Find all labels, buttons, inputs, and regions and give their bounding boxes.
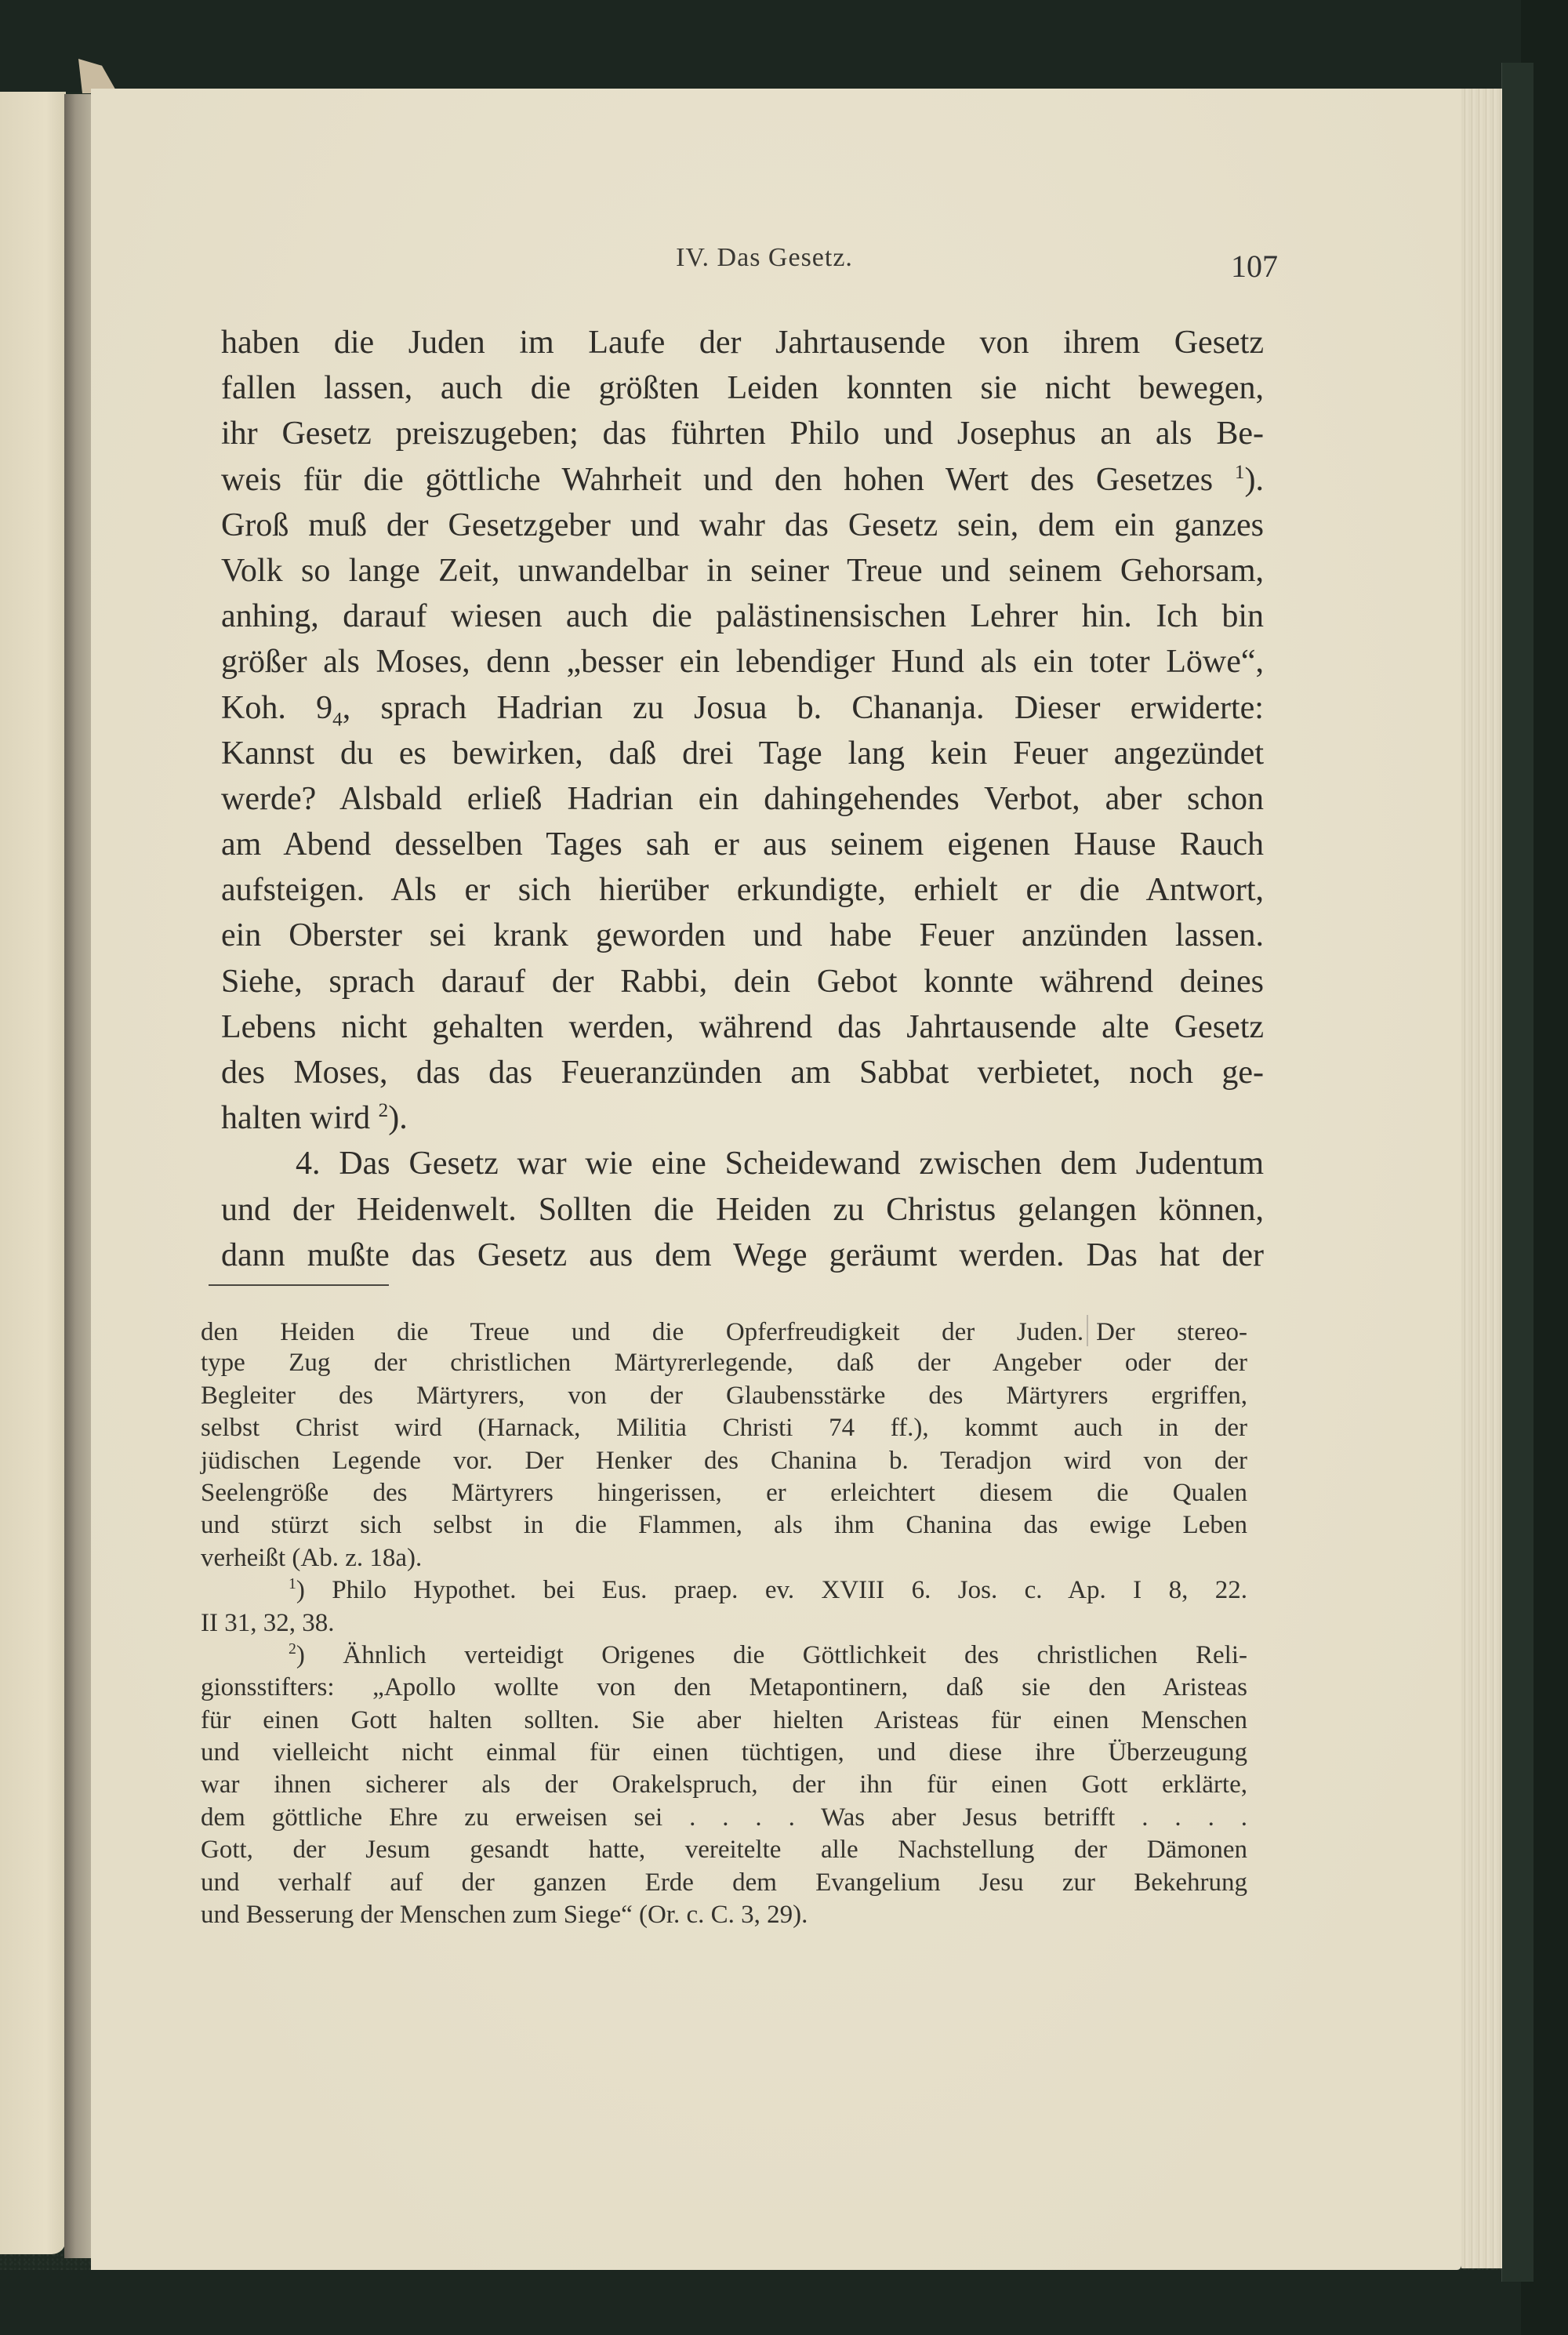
text-line: Lebens nicht gehalten werden, während da… [221, 1004, 1264, 1050]
text-line: ein Oberster sei krank geworden und habe… [221, 913, 1264, 958]
text-line: Volk so lange Zeit, unwandelbar in seine… [221, 548, 1264, 594]
footnote-line: dem göttliche Ehre zu erweisen sei . . .… [201, 1802, 1247, 1834]
text-line: Kannst du es bewirken, daß drei Tage lan… [221, 731, 1264, 776]
text-line: haben die Juden im Laufe der Jahrtausend… [221, 320, 1264, 365]
page-number: 107 [1231, 248, 1278, 285]
footnote-line: type Zug der christlichen Märtyrerlegend… [201, 1347, 1247, 1379]
text-line: Koh. 94, sprach Hadrian zu Josua b. Chan… [221, 685, 1264, 731]
footnote-line: verheißt (Ab. z. 18a). [201, 1542, 1247, 1574]
footnote-line: Gott, der Jesum gesandt hatte, vereitelt… [201, 1834, 1247, 1866]
text-line: anhing, darauf wiesen auch die palästine… [221, 594, 1264, 639]
text-line: Groß muß der Gesetzgeber und wahr das Ge… [221, 503, 1264, 548]
main-text: haben die Juden im Laufe der Jahrtausend… [221, 320, 1264, 1278]
footnote-ref-2[interactable]: 2 [379, 1100, 389, 1121]
footnote-line: und stürzt sich selbst in die Flammen, a… [201, 1509, 1247, 1542]
pencil-mark-icon [1087, 1315, 1093, 1346]
footnote-line: und verhalf auf der ganzen Erde dem Evan… [201, 1867, 1247, 1899]
text-line: werde? Alsbald erließ Hadrian ein dahing… [221, 776, 1264, 822]
book-gutter [64, 94, 93, 2258]
footnote-marker-1: 1 [289, 1575, 296, 1592]
book-cover-top [0, 0, 1568, 93]
footnote-separator [209, 1284, 389, 1286]
text-line: am Abend desselben Tages sah er aus sein… [221, 822, 1264, 867]
footnote-1: 1) Philo Hypothet. bei Eus. praep. ev. X… [201, 1574, 1247, 1607]
text-line: halten wird 2). [221, 1095, 1264, 1141]
footnote-line: war ihnen sicherer als der Orakelspruch,… [201, 1769, 1247, 1801]
text-line: fallen lassen, auch die größten Leiden k… [221, 365, 1264, 411]
running-title: IV. Das Gesetz. [259, 243, 1270, 273]
footnote-line: Seelengröße des Märtyrers hingerissen, e… [201, 1477, 1247, 1509]
footnote-ref-1[interactable]: 1 [1235, 462, 1245, 483]
footnote-line: und vielleicht nicht einmal für einen tü… [201, 1737, 1247, 1769]
page-header: IV. Das Gesetz. 107 [259, 243, 1270, 290]
book-cover-inner-right [1501, 63, 1534, 2282]
text-line: aufsteigen. Als er sich hierüber erkundi… [221, 867, 1264, 913]
footnote-marker-2: 2 [289, 1640, 296, 1658]
footnote-line: und Besserung der Menschen zum Siege“ (O… [201, 1899, 1247, 1931]
verse-subscript: 4 [332, 709, 343, 730]
text-line: des Moses, das das Feueranzünden am Sabb… [221, 1050, 1264, 1095]
footnote-2: 2) Ähnlich verteidigt Origenes die Göttl… [201, 1640, 1247, 1672]
page-stack-edges [1461, 89, 1502, 2268]
text-line: Siehe, sprach darauf der Rabbi, dein Geb… [221, 959, 1264, 1004]
text-line: ihr Gesetz preiszugeben; das führten Phi… [221, 411, 1264, 456]
text-line: und der Heidenwelt. Sollten die Heiden z… [221, 1187, 1264, 1233]
footnote-line: den Heiden die Treue und die Opferfreudi… [201, 1315, 1247, 1347]
footnote-line: gionsstifters: „Apollo wollte von den Me… [201, 1672, 1247, 1704]
footnote-line: jüdischen Legende vor. Der Henker des Ch… [201, 1445, 1247, 1477]
footnote-line: II 31, 32, 38. [201, 1607, 1247, 1640]
book-cover-bottom [0, 2270, 1568, 2335]
text-line: größer als Moses, denn „besser ein leben… [221, 639, 1264, 685]
footnote-line: für einen Gott halten sollten. Sie aber … [201, 1705, 1247, 1737]
text-line: dann mußte das Gesetz aus dem Wege geräu… [221, 1233, 1264, 1278]
footnotes: den Heiden die Treue und die Opferfreudi… [201, 1315, 1247, 1931]
text-line: weis für die göttliche Wahrheit und den … [221, 457, 1264, 503]
text-line: 4. Das Gesetz war wie eine Scheidewand z… [221, 1141, 1264, 1186]
footnote-line: selbst Christ wird (Harnack, Militia Chr… [201, 1412, 1247, 1444]
footnote-line: Begleiter des Märtyrers, von der Glauben… [201, 1380, 1247, 1412]
previous-page-edge [0, 92, 66, 2254]
